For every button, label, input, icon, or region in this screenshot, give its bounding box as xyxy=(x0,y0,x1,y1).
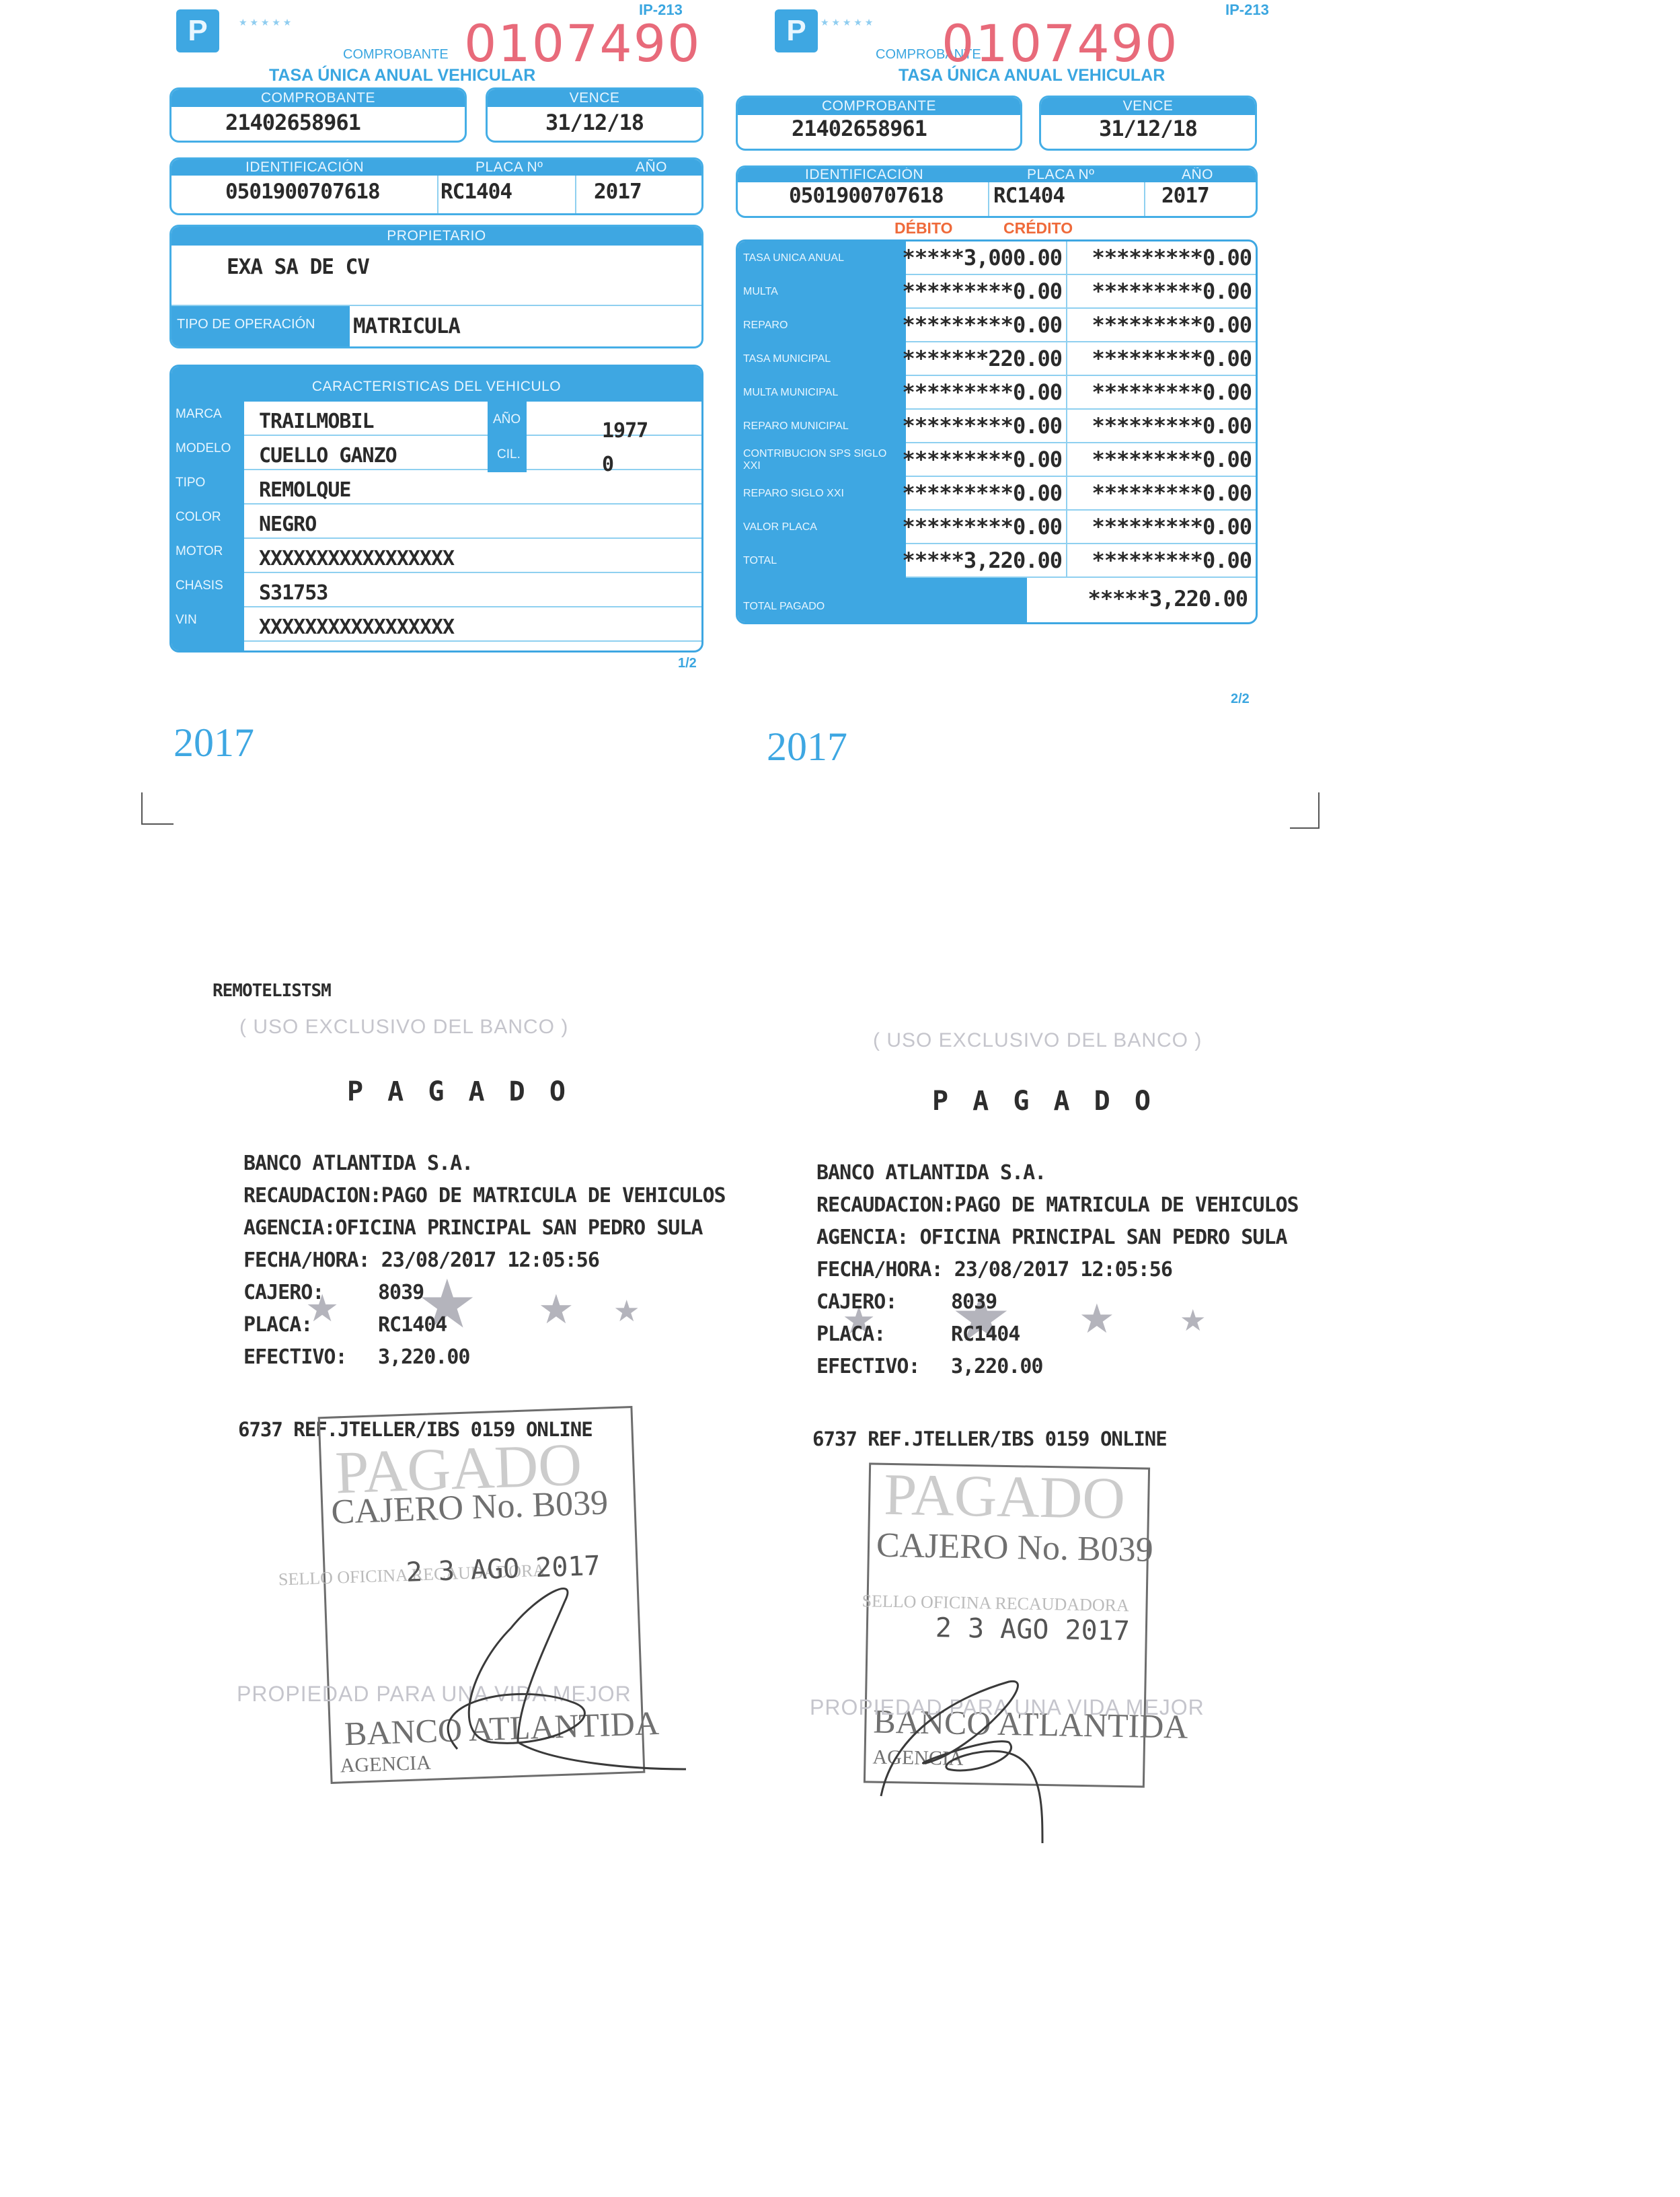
charge-row: REPARO MUNICIPAL*********0.00*********0.… xyxy=(738,410,1256,443)
ip-logo-icon: P xyxy=(176,9,219,52)
charge-debito: *********0.00 xyxy=(906,443,1067,477)
efectivo-label: EFECTIVO: xyxy=(816,1351,951,1383)
identificacion-label: IDENTIFICACIÓN xyxy=(245,159,364,176)
receipt-title: TASA ÚNICA ANUAL VEHICULAR xyxy=(269,66,535,85)
vehicle-field-label: VIN xyxy=(176,613,197,628)
fecha-hora-label: FECHA/HORA: xyxy=(816,1258,943,1281)
charge-label: TOTAL xyxy=(738,544,906,578)
vehicle-field-value: NEGRO xyxy=(259,513,316,536)
efectivo-label: EFECTIVO: xyxy=(243,1341,378,1374)
bank-details: BANCO ATLANTIDA S.A. RECAUDACION:PAGO DE… xyxy=(243,1148,726,1374)
comprobante-box: COMPROBANTE 21402658961 xyxy=(169,87,467,143)
page-number: 2/2 xyxy=(1231,692,1250,707)
charges-rows: TASA UNICA ANUAL*****3,000.00*********0.… xyxy=(738,241,1256,622)
charge-debito: *********0.00 xyxy=(906,309,1067,342)
vence-label: VENCE xyxy=(488,89,701,107)
placa-value: RC1404 xyxy=(378,1313,447,1337)
charge-debito: *********0.00 xyxy=(906,376,1067,410)
vehicle-field-row: COLORNEGRO xyxy=(171,505,701,539)
comprobante-label: COMPROBANTE xyxy=(171,89,465,107)
vehicle-field-value: S31753 xyxy=(259,581,328,605)
charge-credito: *********0.00 xyxy=(1067,477,1256,511)
charge-row: TASA UNICA ANUAL*****3,000.00*********0.… xyxy=(738,241,1256,275)
placa-label: PLACA: xyxy=(816,1318,951,1351)
stars-icon: ★ ★ ★ ★ ★ xyxy=(239,17,291,28)
anio-label: AÑO xyxy=(1182,167,1213,182)
vehicle-field-value: XXXXXXXXXXXXXXXXX xyxy=(259,616,454,639)
vence-value: 31/12/18 xyxy=(488,107,701,138)
vehicle-anio-label: AÑO xyxy=(493,412,521,427)
divider xyxy=(1144,182,1145,216)
vehicle-field-label: MODELO xyxy=(176,441,231,456)
page-number: 1/2 xyxy=(678,656,697,671)
vehicle-field-label: TIPO xyxy=(176,476,205,490)
identificacion-label: IDENTIFICACIÓN xyxy=(805,167,923,182)
charge-row: CONTRIBUCION SPS SIGLO XXI*********0.00*… xyxy=(738,443,1256,477)
identificacion-value: 0501900707618 xyxy=(225,180,380,204)
anio-value: 2017 xyxy=(594,180,642,204)
vehicle-field-row: VINXXXXXXXXXXXXXXXXX xyxy=(171,607,701,642)
charge-label: MULTA xyxy=(738,275,906,309)
charge-credito: *********0.00 xyxy=(1067,309,1256,342)
vehicle-field-label: CHASIS xyxy=(176,579,223,593)
uso-exclusivo: ( USO EXCLUSIVO DEL BANCO ) xyxy=(873,1029,1202,1052)
form-code: IP-213 xyxy=(1225,1,1269,19)
charge-credito: *********0.00 xyxy=(1067,544,1256,578)
vehicle-field-label: MOTOR xyxy=(176,544,223,559)
charge-label: TASA MUNICIPAL xyxy=(738,342,906,376)
ip-logo-icon: P xyxy=(775,9,818,52)
serial-number: 0107490 xyxy=(464,13,701,73)
charge-row: TASA MUNICIPAL*******220.00*********0.00 xyxy=(738,342,1256,376)
charge-debito: *********0.00 xyxy=(906,410,1067,443)
anio-label: AÑO xyxy=(636,159,667,176)
total-pagado-value: *****3,220.00 xyxy=(1088,586,1248,611)
uso-exclusivo: ( USO EXCLUSIVO DEL BANCO ) xyxy=(239,1016,568,1039)
charge-credito: *********0.00 xyxy=(1067,443,1256,477)
divider xyxy=(988,182,989,216)
stamp-cajero: CAJERO No. B039 xyxy=(876,1526,1154,1570)
year-watermark: 2017 xyxy=(767,724,847,770)
anio-value: 2017 xyxy=(1161,184,1209,208)
placa-value: RC1404 xyxy=(951,1323,1020,1346)
charge-label: CONTRIBUCION SPS SIGLO XXI xyxy=(738,443,906,477)
vehicle-field-label: COLOR xyxy=(176,510,221,525)
charges-table: TASA UNICA ANUAL*****3,000.00*********0.… xyxy=(736,239,1258,624)
charge-credito: *********0.00 xyxy=(1067,342,1256,376)
charge-row: MULTA*********0.00*********0.00 xyxy=(738,275,1256,309)
recaudacion: RECAUDACION:PAGO DE MATRICULA DE VEHICUL… xyxy=(816,1189,1299,1222)
vence-box: VENCE 31/12/18 xyxy=(1039,96,1257,151)
vehicle-field-row: MOTORXXXXXXXXXXXXXXXXX xyxy=(171,539,701,573)
receipt-title: TASA ÚNICA ANUAL VEHICULAR xyxy=(899,66,1165,85)
placa-label: PLACA: xyxy=(243,1309,378,1341)
signature-icon xyxy=(854,1594,1177,1850)
divider xyxy=(575,176,576,213)
charge-debito: *****3,000.00 xyxy=(906,241,1067,275)
header-scrap: REMOTELISTSM xyxy=(213,981,331,1001)
charge-label: VALOR PLACA xyxy=(738,511,906,544)
cajero-value: 8039 xyxy=(378,1281,424,1304)
vehicle-field-value: TRAILMOBIL xyxy=(259,410,374,433)
charge-label: TASA UNICA ANUAL xyxy=(738,241,906,275)
total-pagado-label: TOTAL PAGADO xyxy=(743,601,825,613)
propietario-box: PROPIETARIO EXA SA DE CV TIPO DE OPERACI… xyxy=(169,225,703,348)
vehicle-field-value: CUELLO GANZO xyxy=(259,444,397,468)
vence-label: VENCE xyxy=(1041,98,1255,115)
comprobante-value: 21402658961 xyxy=(171,107,465,138)
vehicle-field-label: MARCA xyxy=(176,407,222,422)
propietario-value: EXA SA DE CV xyxy=(227,255,369,279)
charge-credito: *********0.00 xyxy=(1067,275,1256,309)
fecha-hora-label: FECHA/HORA: xyxy=(243,1249,370,1272)
charge-debito: *******220.00 xyxy=(906,342,1067,376)
fecha-hora-value: 23/08/2017 12:05:56 xyxy=(381,1249,599,1272)
identificacion-value: 0501900707618 xyxy=(789,184,944,208)
charge-debito: *********0.00 xyxy=(906,511,1067,544)
vehicle-field-value: REMOLQUE xyxy=(259,478,351,502)
identificacion-box: IDENTIFICACIÓN PLACA Nº AÑO 050190070761… xyxy=(169,157,703,215)
recaudacion: RECAUDACION:PAGO DE MATRICULA DE VEHICUL… xyxy=(243,1180,726,1212)
charge-credito: *********0.00 xyxy=(1067,410,1256,443)
serial-number: 0107490 xyxy=(942,13,1178,73)
vence-box: VENCE 31/12/18 xyxy=(486,87,703,143)
vehicle-field-value: XXXXXXXXXXXXXXXXX xyxy=(259,547,454,570)
stamp-title: PAGADO xyxy=(883,1461,1125,1533)
charge-debito: *****3,220.00 xyxy=(906,544,1067,578)
bank-name: BANCO ATLANTIDA S.A. xyxy=(243,1148,726,1180)
serial-label: COMPROBANTE xyxy=(343,47,449,63)
charge-credito: *********0.00 xyxy=(1067,241,1256,275)
placa-label: PLACA Nº xyxy=(475,159,543,176)
agencia: AGENCIA:OFICINA PRINCIPAL SAN PEDRO SULA xyxy=(243,1212,726,1244)
identificacion-header: IDENTIFICACIÓN PLACA Nº AÑO xyxy=(171,159,701,176)
charge-label: REPARO MUNICIPAL xyxy=(738,410,906,443)
row-divider xyxy=(244,640,701,642)
charge-row: MULTA MUNICIPAL*********0.00*********0.0… xyxy=(738,376,1256,410)
bank-details: BANCO ATLANTIDA S.A. RECAUDACION:PAGO DE… xyxy=(816,1157,1299,1383)
efectivo-value: 3,220.00 xyxy=(378,1345,470,1369)
cajero-value: 8039 xyxy=(951,1290,997,1314)
vehicle-cil-value: 0 xyxy=(602,453,613,476)
charge-debito: *********0.00 xyxy=(906,275,1067,309)
charge-label: MULTA MUNICIPAL xyxy=(738,376,906,410)
divider xyxy=(437,176,438,213)
vehicle-field-row: CHASISS31753 xyxy=(171,573,701,607)
tipo-operacion-label: TIPO DE OPERACIÓN xyxy=(171,306,350,346)
debito-label: DÉBITO xyxy=(894,219,952,237)
ref-line: 6737 REF.JTELLER/IBS 0159 ONLINE xyxy=(812,1427,1167,1450)
cajero-label: CAJERO: xyxy=(816,1286,951,1318)
caracteristicas-label: CARACTERISTICAS DEL VEHICULO xyxy=(171,367,701,402)
status-pagado: P A G A D O xyxy=(932,1086,1155,1117)
charge-label: REPARO SIGLO XXI xyxy=(738,477,906,511)
charge-row: REPARO*********0.00*********0.00 xyxy=(738,309,1256,342)
charge-row: REPARO SIGLO XXI*********0.00*********0.… xyxy=(738,477,1256,511)
charge-row: TOTAL*****3,220.00*********0.00 xyxy=(738,544,1256,578)
total-pagado-block xyxy=(738,578,1027,622)
vehicle-field-row: TIPOREMOLQUE xyxy=(171,470,701,505)
placa-value: RC1404 xyxy=(441,180,512,204)
cajero-label: CAJERO: xyxy=(243,1277,378,1309)
efectivo-value: 3,220.00 xyxy=(951,1355,1043,1378)
vehicle-cil-label: CIL. xyxy=(497,447,521,462)
crop-mark xyxy=(1290,792,1320,829)
signature-icon xyxy=(350,1547,699,1789)
placa-label: PLACA Nº xyxy=(1027,167,1094,182)
identificacion-header: IDENTIFICACIÓN PLACA Nº AÑO xyxy=(738,167,1256,182)
stars-icon: ★ ★ ★ ★ ★ xyxy=(820,17,873,28)
propietario-label: PROPIETARIO xyxy=(171,227,701,246)
identificacion-box: IDENTIFICACIÓN PLACA Nº AÑO 050190070761… xyxy=(736,165,1258,218)
tipo-operacion-value: MATRICULA xyxy=(353,314,460,338)
agencia: AGENCIA: OFICINA PRINCIPAL SAN PEDRO SUL… xyxy=(816,1222,1299,1254)
charge-debito: *********0.00 xyxy=(906,477,1067,511)
comprobante-box: COMPROBANTE 21402658961 xyxy=(736,96,1022,151)
caracteristicas-box: CARACTERISTICAS DEL VEHICULO MARCATRAILM… xyxy=(169,365,703,653)
vence-value: 31/12/18 xyxy=(1041,115,1255,142)
fecha-hora-value: 23/08/2017 12:05:56 xyxy=(954,1258,1172,1281)
crop-mark xyxy=(141,792,174,825)
charge-row: VALOR PLACA*********0.00*********0.00 xyxy=(738,511,1256,544)
placa-value: RC1404 xyxy=(993,184,1065,208)
charge-credito: *********0.00 xyxy=(1067,376,1256,410)
charge-credito: *********0.00 xyxy=(1067,511,1256,544)
vehicle-anio-value: 1977 xyxy=(602,419,648,443)
comprobante-label: COMPROBANTE xyxy=(738,98,1020,115)
charge-label: REPARO xyxy=(738,309,906,342)
bank-name: BANCO ATLANTIDA S.A. xyxy=(816,1157,1299,1189)
year-watermark: 2017 xyxy=(174,720,254,766)
status-pagado: P A G A D O xyxy=(347,1076,570,1107)
credito-label: CRÉDITO xyxy=(1003,219,1073,237)
comprobante-value: 21402658961 xyxy=(738,115,1020,142)
